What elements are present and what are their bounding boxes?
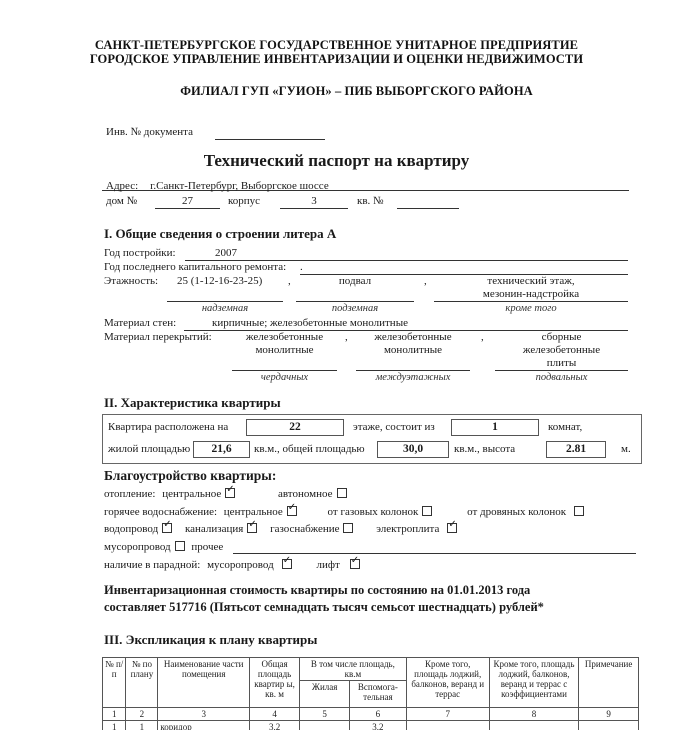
water-checkbox[interactable] xyxy=(162,523,172,533)
hw-wood-label: от дровяных колонок xyxy=(467,506,566,518)
other-field xyxy=(233,541,636,554)
address-row: Адрес: г.Санкт-Петербург, Выборгское шос… xyxy=(102,176,629,191)
living-label: жилой площадью xyxy=(108,443,190,455)
org-name-line1: САНКТ-ПЕТЕРБУРГСКОЕ ГОСУДАРСТВЕННОЕ УНИТ… xyxy=(0,38,673,53)
section3-title: III. Экспликация к плану квартиры xyxy=(104,632,317,648)
address-label: Адрес: xyxy=(106,180,138,192)
stove-label: электроплита xyxy=(376,523,439,535)
header-total-area: Общая площадь квартир ы, кв. м xyxy=(250,658,300,708)
header-loggias: Кроме того, площадь лоджий, балконов, ве… xyxy=(406,658,489,708)
chute-checkbox[interactable] xyxy=(175,541,185,551)
table-cell: 1 xyxy=(103,721,126,730)
height-unit: м. xyxy=(621,443,631,455)
header-auxiliary: Вспомога-тельная xyxy=(350,681,406,708)
korpus-label: корпус xyxy=(228,195,260,207)
column-number: 9 xyxy=(579,708,639,721)
gas-label: газоснабжение xyxy=(270,523,339,535)
korpus-value: 3 xyxy=(280,195,348,209)
floor-label: Квартира расположена на xyxy=(108,421,228,433)
caption-below: подземная xyxy=(296,303,414,314)
year-built-label: Год постройки: xyxy=(104,247,176,259)
utilities-row: водопровод канализация газоснабжение эле… xyxy=(104,523,457,535)
rooms-label: этаже, состоит из xyxy=(353,421,435,433)
lift-checkbox[interactable] xyxy=(350,559,360,569)
section2-title: II. Характеристика квартиры xyxy=(104,395,281,411)
column-number: 3 xyxy=(158,708,250,721)
chute-label: мусоропровод xyxy=(104,541,171,553)
inter-material-line2: монолитные xyxy=(356,344,470,357)
heating-central-label: центральное xyxy=(162,488,221,500)
valuation-line1: Инвентаризационная стоимость квартиры по… xyxy=(104,583,530,598)
chute-row: мусоропровод прочее xyxy=(104,541,223,553)
column-number: 4 xyxy=(250,708,300,721)
total-area-value: 30,0 xyxy=(377,441,449,458)
living-area-value: 21,6 xyxy=(193,441,250,458)
document-title: Технический паспорт на квартиру xyxy=(0,151,673,171)
hw-gas-checkbox[interactable] xyxy=(422,506,432,516)
caption-attic: чердачных xyxy=(232,372,337,383)
column-number: 5 xyxy=(300,708,350,721)
hw-gas-label: от газовых колонок xyxy=(328,506,419,518)
walls-field: кирпичные; железобетонные монолитные xyxy=(184,317,628,331)
apt-value xyxy=(397,195,459,209)
caption-inter: междуэтажных xyxy=(356,372,470,383)
floors-below-value: подвал xyxy=(296,275,414,302)
column-number: 8 xyxy=(489,708,579,721)
table-cell: 3,2 xyxy=(350,721,406,730)
heating-row: отопление: центральное автономное xyxy=(104,488,347,500)
attic-material-line1: железобетонные xyxy=(232,331,337,344)
org-name-line2: ГОРОДСКОЕ УПРАВЛЕНИЕ ИНВЕНТАРИЗАЦИИ И ОЦ… xyxy=(0,52,673,67)
hw-central-checkbox[interactable] xyxy=(287,506,297,516)
hw-wood-checkbox[interactable] xyxy=(574,506,584,516)
entrance-chute-checkbox[interactable] xyxy=(282,559,292,569)
repair-value: . xyxy=(300,261,628,275)
rooms-suffix: комнат, xyxy=(548,421,582,433)
entrance-row: наличие в парадной: мусоропровод лифт xyxy=(104,559,360,571)
gas-checkbox[interactable] xyxy=(343,523,353,533)
stove-checkbox[interactable] xyxy=(447,523,457,533)
floors-above-value: 25 (1-12-16-23-25) xyxy=(177,275,262,287)
floor-value: 22 xyxy=(246,419,344,436)
floor-material-label: Материал перекрытий: xyxy=(104,331,212,343)
sewer-checkbox[interactable] xyxy=(247,523,257,533)
table-cell: 3,2 xyxy=(250,721,300,730)
header-living: Жилая xyxy=(300,681,350,708)
table-cell: 1 xyxy=(126,721,158,730)
address-value: г.Санкт-Петербург, Выборгское шоссе xyxy=(150,180,329,192)
column-number: 2 xyxy=(126,708,158,721)
column-number: 7 xyxy=(406,708,489,721)
heating-autonomous-label: автономное xyxy=(278,488,333,500)
base-material-line2: железобетонные xyxy=(495,344,628,357)
column-number: 1 xyxy=(103,708,126,721)
hw-central-label: центральное xyxy=(224,506,283,518)
hot-water-row: горячее водоснабжение: центральное от га… xyxy=(104,506,584,518)
inter-material: железобетонные монолитные xyxy=(356,331,470,371)
caption-above: надземная xyxy=(167,303,283,314)
table-cell: коридор xyxy=(158,721,250,730)
water-label: водопровод xyxy=(104,523,158,535)
lift-label: лифт xyxy=(316,559,339,571)
header-loggias-coef: Кроме того, площадь лоджий, балконов, ве… xyxy=(489,658,579,708)
height-label: кв.м., высота xyxy=(454,443,515,455)
table-cell xyxy=(489,721,579,730)
inter-material-line1: железобетонные xyxy=(356,331,470,344)
entrance-chute-label: мусоропровод xyxy=(207,559,274,571)
table-cell xyxy=(300,721,350,730)
year-built-value: 2007 xyxy=(215,247,237,259)
floors-extra-line2: мезонин-надстройка xyxy=(434,288,628,301)
walls-label: Материал стен: xyxy=(104,317,176,329)
heating-label: отопление: xyxy=(104,488,156,500)
base-material: сборные железобетонные плиты xyxy=(495,331,628,371)
explication-table: № п/п № по плану Наименование части поме… xyxy=(102,657,639,730)
attic-material-line2: монолитные xyxy=(232,344,337,357)
table-cell xyxy=(579,721,639,730)
header-including: В том числе площадь, кв.м xyxy=(300,658,407,681)
inv-field xyxy=(215,126,325,140)
heating-central-checkbox[interactable] xyxy=(225,488,235,498)
attic-material: железобетонные монолитные xyxy=(232,331,337,371)
repair-label: Год последнего капитального ремонта: xyxy=(104,261,286,273)
amenities-title: Благоустройство квартиры: xyxy=(104,468,276,484)
floors-extra-line1: технический этаж, xyxy=(434,275,628,288)
header-row-num: № п/п xyxy=(103,658,126,708)
height-value: 2.81 xyxy=(546,441,606,458)
header-part-name: Наименование части помещения xyxy=(158,658,250,708)
total-label: кв.м., общей площадью xyxy=(254,443,365,455)
column-number: 6 xyxy=(350,708,406,721)
valuation-line2: составляет 517716 (Пятьсот семнадцать ты… xyxy=(104,600,544,615)
section1-title: I. Общие сведения о строении литера А xyxy=(104,226,336,242)
house-label: дом № xyxy=(106,195,137,207)
caption-extra: кроме того xyxy=(434,303,628,314)
table-row: 11коридор3,23,2 xyxy=(103,721,639,730)
header-plan-num: № по плану xyxy=(126,658,158,708)
house-value: 27 xyxy=(155,195,220,209)
caption-base: подвальных xyxy=(495,372,628,383)
base-material-line3: плиты xyxy=(495,357,628,370)
entrance-label: наличие в парадной: xyxy=(104,559,200,571)
walls-value: кирпичные; железобетонные монолитные xyxy=(212,317,408,329)
column-number-row: 123456789 xyxy=(103,708,639,721)
base-material-line1: сборные xyxy=(495,331,628,344)
branch-name: ФИЛИАЛ ГУП «ГУИОН» – ПИБ ВЫБОРГСКОГО РАЙ… xyxy=(20,84,673,99)
inv-label: Инв. № документа xyxy=(106,126,193,138)
hot-water-label: горячее водоснабжение: xyxy=(104,506,217,518)
header-note: Примечание xyxy=(579,658,639,708)
year-built-field: 2007 xyxy=(185,247,628,261)
table-cell xyxy=(406,721,489,730)
apt-label: кв. № xyxy=(357,195,384,207)
other-label: прочее xyxy=(191,541,223,553)
floors-above-field: 25 (1-12-16-23-25) xyxy=(167,275,283,302)
rooms-value: 1 xyxy=(451,419,539,436)
floors-extra-field: технический этаж, мезонин-надстройка xyxy=(434,275,628,302)
floors-label: Этажность: xyxy=(104,275,158,287)
heating-autonomous-checkbox[interactable] xyxy=(337,488,347,498)
sewer-label: канализация xyxy=(185,523,243,535)
